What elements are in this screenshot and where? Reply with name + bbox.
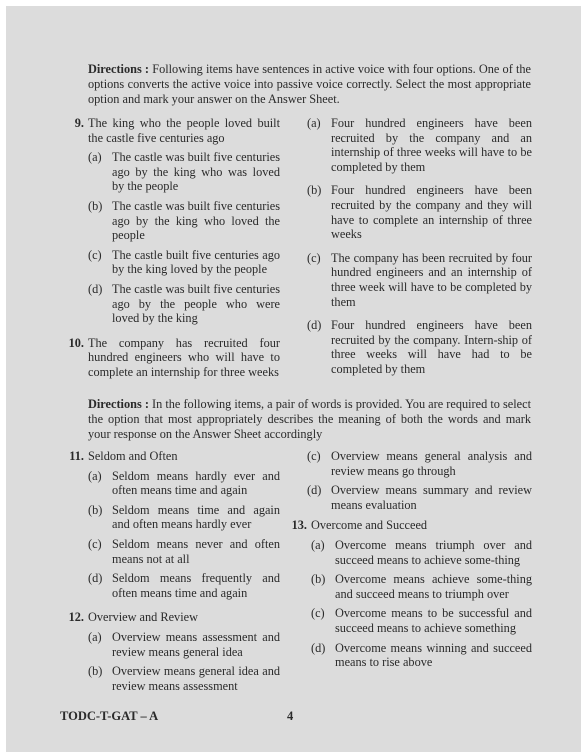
option-a: (a)Overview means assessment and review … [88, 630, 280, 659]
option-text: The company has been recruited by four h… [331, 251, 532, 309]
question-9: 9. The king who the people loved built t… [60, 116, 280, 326]
question-10: 10. The company has recruited four hundr… [60, 336, 280, 380]
option-text: Four hundred engineers have been recruit… [331, 318, 532, 376]
question-13: 13. Overcome and Succeed (a)Overcome mea… [283, 518, 532, 669]
question-text: The company has recruited four hundred e… [88, 336, 280, 380]
option-d: (d)Overcome means winning and succeed me… [311, 641, 532, 670]
option-b: (b)Seldom means time and again and often… [88, 503, 280, 532]
option-label: (b) [311, 572, 325, 587]
option-a: (a)Four hundred engineers have been recr… [307, 116, 532, 174]
page-number: 4 [287, 709, 293, 724]
option-a: (a)The castle was built five centuries a… [88, 150, 280, 194]
option-label: (a) [88, 630, 102, 645]
option-text: Overcome means to be successful and succ… [335, 606, 532, 635]
option-text: Overview means general idea and review m… [112, 664, 280, 693]
option-d: (d)Overview means summary and review mea… [307, 483, 532, 512]
option-c: (c)The castle built five centuries ago b… [88, 248, 280, 277]
option-text: The castle was built five centuries ago … [112, 282, 280, 325]
option-text: The castle was built five centuries ago … [112, 199, 280, 242]
option-b: (b)Overview means general idea and revie… [88, 664, 280, 693]
option-label: (c) [307, 449, 321, 464]
option-label: (c) [311, 606, 325, 621]
question-text: Seldom and Often [88, 449, 280, 464]
question-number: 11. [60, 449, 84, 464]
left-column-section1: 9. The king who the people loved built t… [60, 116, 280, 386]
option-label: (c) [307, 251, 321, 266]
option-b: (b)Overcome means achieve some-thing and… [311, 572, 532, 601]
question-text: Overcome and Succeed [311, 518, 532, 533]
option-text: Overview means general analysis and revi… [331, 449, 532, 478]
question-12: 12. Overview and Review (a)Overview mean… [60, 610, 280, 693]
option-d: (d)Seldom means frequently and often mea… [88, 571, 280, 600]
directions-label: Directions : [88, 397, 149, 411]
right-column-section1: (a)Four hundred engineers have been recr… [307, 116, 532, 386]
right-column-section2: (c)Overview means general analysis and r… [307, 449, 532, 676]
option-label: (b) [88, 664, 102, 679]
option-c: (c)The company has been recruited by fou… [307, 251, 532, 309]
option-label: (d) [307, 318, 321, 333]
option-b: (b)Four hundred engineers have been recr… [307, 183, 532, 241]
option-text: The castle was built five centuries ago … [112, 150, 280, 193]
option-label: (a) [311, 538, 325, 553]
option-label: (b) [307, 183, 321, 198]
directions-passive-voice: Directions : Following items have senten… [88, 62, 531, 106]
question-number: 10. [60, 336, 84, 351]
option-label: (c) [88, 248, 102, 263]
option-b: (b)The castle was built five centuries a… [88, 199, 280, 243]
option-text: Seldom means time and again and often me… [112, 503, 280, 532]
option-text: The castle built five centuries ago by t… [112, 248, 280, 277]
question-number: 13. [283, 518, 307, 533]
directions-label: Directions : [88, 62, 149, 76]
option-a: (a)Overcome means triumph over and succe… [311, 538, 532, 567]
question-number: 9. [60, 116, 84, 131]
left-column-section2: 11. Seldom and Often (a)Seldom means har… [60, 449, 280, 699]
option-text: Overview means summary and review means … [331, 483, 532, 512]
option-label: (b) [88, 503, 102, 518]
question-11: 11. Seldom and Often (a)Seldom means har… [60, 449, 280, 600]
directions-text: In the following items, a pair of words … [88, 397, 531, 441]
question-text: Overview and Review [88, 610, 280, 625]
booklet-code: TODC-T-GAT – A [60, 709, 158, 724]
option-text: Overcome means triumph over and succeed … [335, 538, 532, 567]
directions-text: Following items have sentences in active… [88, 62, 531, 106]
option-label: (b) [88, 199, 102, 214]
option-d: (d)The castle was built five centuries a… [88, 282, 280, 326]
option-label: (d) [307, 483, 321, 498]
option-c: (c)Overview means general analysis and r… [307, 449, 532, 478]
option-a: (a)Seldom means hardly ever and often me… [88, 469, 280, 498]
option-label: (d) [311, 641, 325, 656]
option-text: Seldom means hardly ever and often means… [112, 469, 280, 498]
directions-word-pairs: Directions : In the following items, a p… [88, 397, 531, 441]
option-text: Four hundred engineers have been recruit… [331, 183, 532, 241]
option-c: (c)Seldom means never and often means no… [88, 537, 280, 566]
question-number: 12. [60, 610, 84, 625]
option-text: Seldom means frequently and often means … [112, 571, 280, 600]
option-label: (c) [88, 537, 102, 552]
option-label: (a) [88, 469, 102, 484]
option-text: Seldom means never and often means not a… [112, 537, 280, 566]
option-label: (a) [88, 150, 102, 165]
question-text: The king who the people loved built the … [88, 116, 280, 145]
option-d: (d)Four hundred engineers have been recr… [307, 318, 532, 376]
option-text: Overcome means achieve some-thing and su… [335, 572, 532, 601]
option-text: Overcome means winning and succeed means… [335, 641, 532, 670]
option-label: (a) [307, 116, 321, 131]
option-text: Four hundred engineers have been recruit… [331, 116, 532, 174]
option-label: (d) [88, 282, 102, 297]
option-c: (c)Overcome means to be successful and s… [311, 606, 532, 635]
option-text: Overview means assessment and review mea… [112, 630, 280, 659]
option-label: (d) [88, 571, 102, 586]
